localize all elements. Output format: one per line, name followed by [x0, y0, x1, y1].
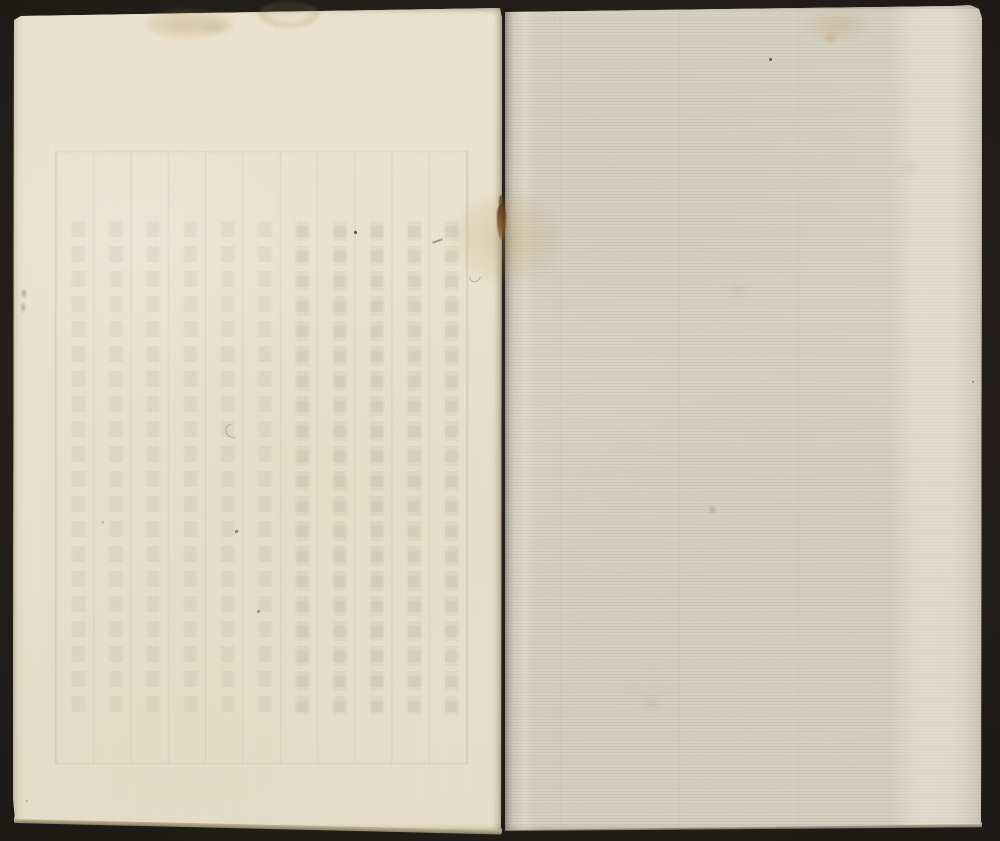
left-page: [13, 8, 502, 831]
text-bleedthrough-strong: [284, 221, 466, 715]
right-page: [503, 5, 985, 831]
gutter-fold-highlight: [516, 5, 534, 831]
fore-edge-light-band: [503, 5, 985, 831]
book-scan-photo: [0, 0, 1000, 841]
